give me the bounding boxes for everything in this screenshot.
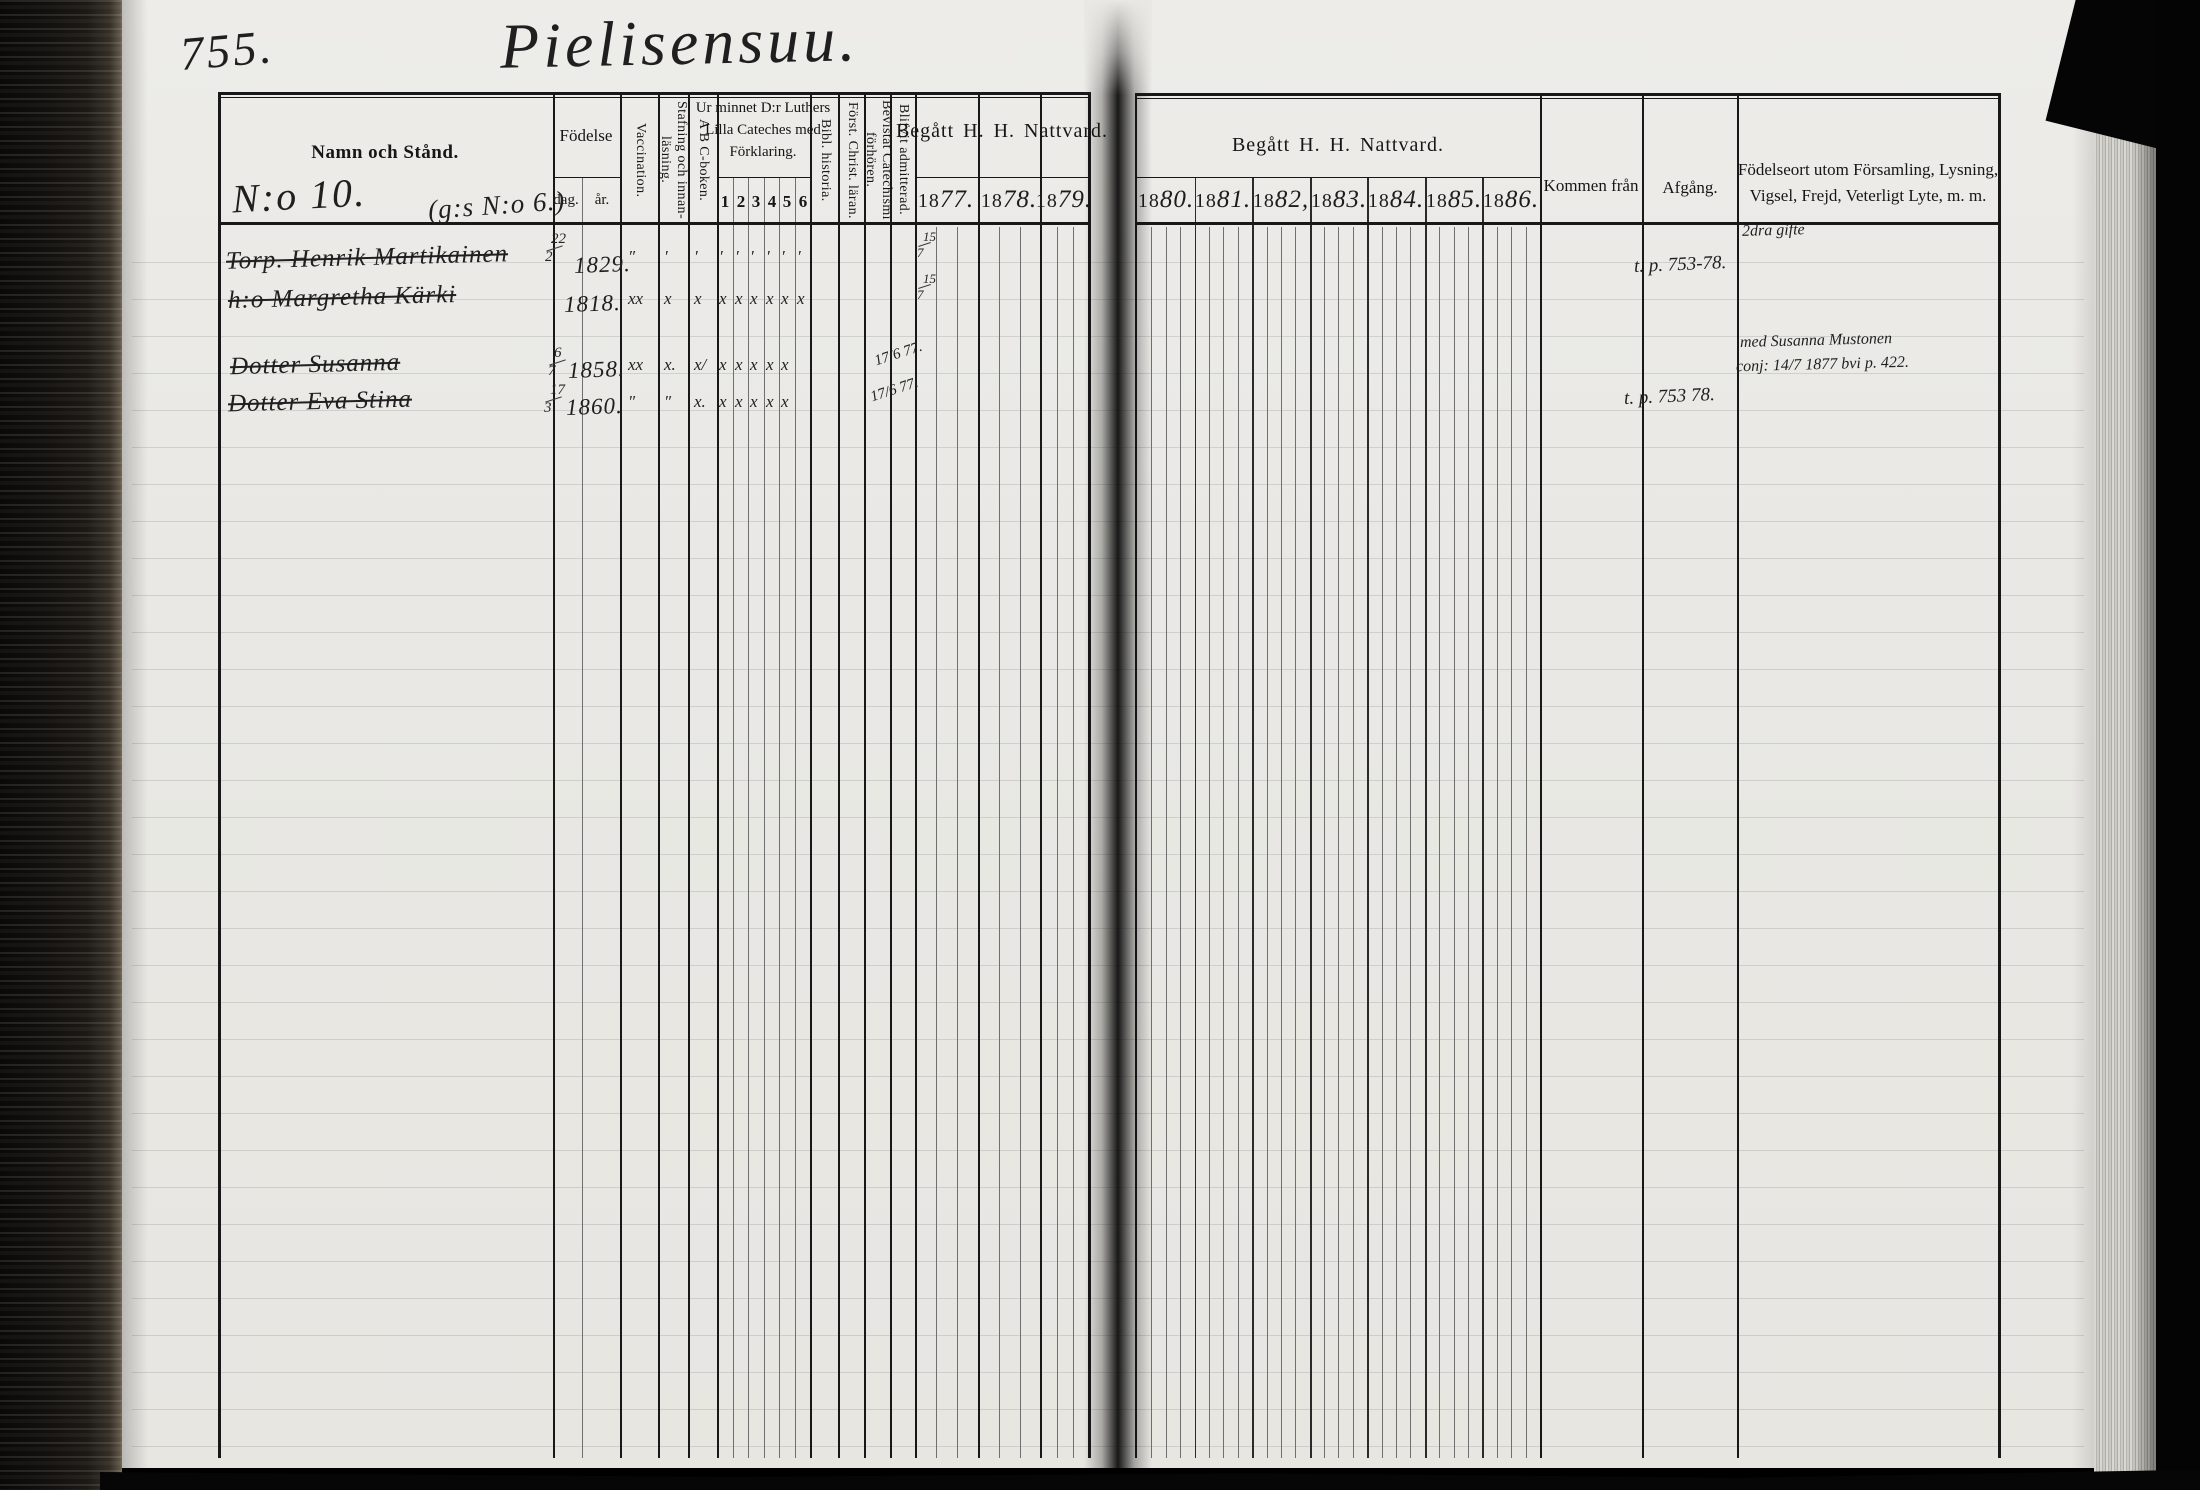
afgang-note: t. p. 753-78.: [1634, 252, 1727, 278]
book-spine-edge: [0, 0, 122, 1490]
table-grid-line: [218, 222, 1090, 225]
mark: ′: [797, 247, 801, 267]
mark: ′: [694, 247, 698, 267]
col-header-bibl: Bibl. historia.: [817, 100, 833, 220]
col-header-kommen: Kommen från: [1544, 176, 1639, 196]
mark: ″: [628, 392, 635, 412]
table-grid-line: [733, 177, 734, 1458]
book-gutter-shadow: [1084, 0, 1152, 1468]
table-grid-line: [1396, 227, 1397, 1458]
fodelseort-note: 2dra gifte: [1742, 221, 1805, 241]
table-grid-line: [1353, 227, 1354, 1458]
table-grid-line: [748, 177, 749, 1458]
year-1883: 1883.: [1311, 186, 1367, 214]
cateches-col-1: 1: [721, 192, 730, 212]
table-grid-line: [218, 92, 221, 1458]
person-name: Dotter Susanna: [230, 349, 401, 381]
col-header-afgang: Afgång.: [1662, 178, 1717, 198]
mark: x: [750, 289, 758, 309]
table-grid-line: [1439, 227, 1440, 1458]
mark: x: [781, 289, 789, 309]
table-grid-line: [1223, 227, 1224, 1458]
person-name: Dotter Eva Stina: [228, 386, 413, 419]
mark: x: [694, 289, 702, 309]
col-header-nattvard-right: Begått H. H. Nattvard.: [1232, 134, 1444, 157]
table-grid-line: [1073, 227, 1074, 1458]
mark: ′: [781, 247, 785, 267]
col-header-ar: år.: [595, 192, 610, 209]
table-grid-line: [810, 92, 812, 1458]
person-name: h:o Margretha Kärki: [228, 281, 457, 315]
mark: x: [664, 289, 672, 309]
col-header-vaccination: Vaccination.: [632, 100, 648, 220]
col-header-stafning: Stafning och innan-läsning.: [657, 100, 689, 220]
col-header-fodelseort-line1: Födelseort utom Församling, Lysning,: [1738, 160, 1998, 180]
year-1884: 1884.: [1368, 186, 1424, 214]
table-grid-line: [218, 92, 1090, 95]
table-grid-line: [1057, 227, 1058, 1458]
table-grid-line: [553, 177, 620, 178]
birth-day-fraction: 173: [545, 383, 562, 416]
table-grid-line: [553, 92, 555, 1458]
cateches-col-2: 2: [737, 192, 746, 212]
mark: x: [766, 392, 774, 412]
mark: ′: [735, 247, 739, 267]
col-header-namn: Namn och Stånd.: [311, 142, 458, 164]
mark: ″: [664, 392, 671, 412]
table-grid-line: [1252, 177, 1254, 1458]
table-grid-line: [1180, 227, 1181, 1458]
col-header-fodelseort-line2: Vigsel, Frejd, Veterligt Lyte, m. m.: [1750, 186, 1987, 206]
cateches-col-4: 4: [768, 192, 777, 212]
mark: x: [750, 355, 758, 375]
col-header-cateches-line3: Förklaring.: [729, 144, 796, 161]
birth-year: 1818.: [564, 290, 622, 318]
table-grid-line: [658, 92, 660, 1458]
mark: x: [781, 392, 789, 412]
table-grid-line: [1209, 227, 1210, 1458]
ledger-scan: 755. Pielisensuu. Namn och Stånd. Födels…: [0, 0, 2200, 1490]
mark: x: [766, 355, 774, 375]
year-1878: 1878.: [981, 186, 1037, 214]
mark: x: [735, 289, 743, 309]
col-header-forst: Först. Christ. läran.: [844, 100, 860, 220]
table-grid-line: [1135, 93, 1998, 96]
cateches-col-3: 3: [752, 192, 761, 212]
table-grid-line: [1166, 227, 1167, 1458]
year-1882: 1882,: [1253, 186, 1309, 214]
table-grid-line: [1338, 227, 1339, 1458]
birth-day-fraction: 222: [546, 232, 563, 265]
table-grid-line: [1454, 227, 1455, 1458]
table-grid-line: [890, 92, 892, 1458]
table-grid-line: [1410, 227, 1411, 1458]
mark: x: [735, 392, 743, 412]
table-grid-line: [688, 92, 690, 1458]
birth-day-fraction: 67: [549, 346, 566, 379]
mark: x: [719, 289, 727, 309]
year-1877: 1877.: [918, 186, 974, 214]
mark: ′: [719, 247, 723, 267]
table-grid-line: [779, 177, 780, 1458]
table-grid-line: [1482, 177, 1484, 1458]
table-grid-line: [1135, 222, 1998, 225]
table-grid-line: [1267, 227, 1268, 1458]
table-grid-line: [1020, 227, 1021, 1458]
table-grid-line: [1135, 98, 1998, 99]
table-grid-line: [795, 177, 796, 1458]
table-grid-line: [915, 177, 1088, 178]
mark: x: [719, 355, 727, 375]
col-header-cateches-line2: Lilla Cateches med: [705, 122, 821, 139]
table-grid-line: [1998, 93, 2001, 1458]
page-number: 755.: [178, 20, 277, 82]
mark: ″: [628, 247, 635, 267]
table-grid-line: [1324, 227, 1325, 1458]
col-header-bevistat: Bevistat Catechismiförhören.: [862, 100, 894, 220]
mark: x.: [664, 355, 676, 375]
col-header-admitterad: Blifvit admitterad.: [895, 100, 911, 220]
year-1885: 1885.: [1426, 186, 1482, 214]
page-title: Pielisensuu.: [499, 2, 860, 84]
table-grid-line: [717, 177, 810, 178]
birth-year: 1829.: [574, 251, 632, 279]
afgang-note: t. p. 753 78.: [1624, 384, 1716, 410]
mark: xx: [628, 289, 643, 309]
table-grid-line: [1425, 177, 1427, 1458]
table-grid-line: [1310, 177, 1312, 1458]
year-1886: 1886.: [1483, 186, 1539, 214]
table-grid-line: [999, 227, 1000, 1458]
nattvard-1877-date: 157: [918, 272, 931, 301]
cateches-col-5: 5: [783, 192, 792, 212]
table-grid-line: [957, 227, 958, 1458]
mark: ′: [664, 247, 668, 267]
table-grid-line: [1382, 227, 1383, 1458]
table-grid-line: [1737, 93, 1739, 1458]
nattvard-1877-date: 157: [918, 230, 931, 259]
table-grid-line: [1526, 227, 1527, 1458]
mark: x: [781, 355, 789, 375]
table-grid-line: [1468, 227, 1469, 1458]
col-header-nattvard-left: Begått H. H. Nattvard.: [896, 120, 1108, 143]
table-grid-line: [1195, 177, 1197, 1458]
mark: x/: [694, 355, 706, 375]
table-grid-line: [764, 177, 765, 1458]
table-grid-line: [1540, 93, 1542, 1458]
mark: x: [750, 392, 758, 412]
mark: ′: [750, 247, 754, 267]
table-grid-line: [838, 92, 840, 1458]
col-header-cateches-line1: Ur minnet D:r Luthers: [696, 100, 831, 117]
table-grid-line: [1295, 227, 1296, 1458]
table-grid-line: [864, 92, 866, 1458]
background-right: [2156, 0, 2200, 1490]
mark: ′: [766, 247, 770, 267]
mark: x: [797, 289, 805, 309]
col-header-abc: A B C-boken.: [695, 100, 711, 220]
col-header-fodelse: Födelse: [560, 126, 613, 146]
table-grid-line: [1040, 92, 1042, 1458]
table-grid-line: [1511, 227, 1512, 1458]
year-1881: 1881.: [1195, 186, 1251, 214]
birth-year: 1858.: [568, 356, 626, 384]
mark: x: [735, 355, 743, 375]
mark: x: [766, 289, 774, 309]
table-grid-line: [1497, 227, 1498, 1458]
birth-year: 1860.: [566, 393, 624, 421]
record-number: N:o 10.: [231, 169, 367, 223]
table-grid-line: [218, 97, 1090, 98]
table-grid-line: [936, 227, 937, 1458]
table-grid-line: [1367, 177, 1369, 1458]
page-stack-edge: [2094, 0, 2158, 1490]
mark: x: [719, 392, 727, 412]
cateches-col-6: 6: [799, 192, 808, 212]
mark: xx: [628, 355, 643, 375]
table-grid-line: [1642, 93, 1644, 1458]
table-grid-line: [1238, 227, 1239, 1458]
mark: x.: [694, 392, 706, 412]
table-grid-line: [978, 92, 980, 1458]
table-grid-line: [1281, 227, 1282, 1458]
table-grid-line: [1135, 177, 1540, 178]
